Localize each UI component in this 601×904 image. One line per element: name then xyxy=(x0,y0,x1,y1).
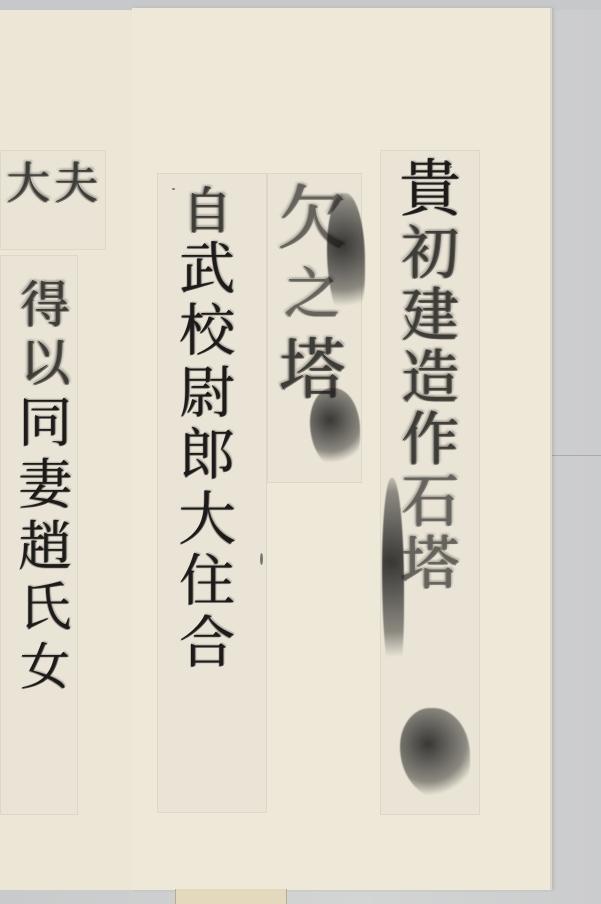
character: 建 xyxy=(401,286,459,344)
ink-speck xyxy=(260,553,263,565)
character: 妻 xyxy=(18,458,72,512)
character: 作 xyxy=(401,410,459,468)
character: 郎 xyxy=(179,428,235,484)
character: 夫 xyxy=(54,162,98,206)
binding-tab xyxy=(175,889,287,904)
photo-scene: 大 夫 得 以 同 妻 趙 氏 女 自 武 校 尉 郎 大 住 xyxy=(0,0,601,904)
character: 校 xyxy=(179,304,235,360)
character: 石 xyxy=(401,472,459,530)
column-left-top: 大 夫 xyxy=(2,162,102,206)
character: 武 xyxy=(179,242,235,298)
character: 趙 xyxy=(18,520,72,574)
character: 大 xyxy=(6,162,50,206)
character: 氏 xyxy=(19,582,71,634)
character: 初 xyxy=(401,224,459,282)
column-left: 得 以 同 妻 趙 氏 女 xyxy=(0,280,90,692)
right-page: 自 武 校 尉 郎 大 住 合 欠 之 塔 貴 初 建 造 作 石 塔 xyxy=(132,8,552,890)
character: 得 xyxy=(20,280,70,330)
character: 尉 xyxy=(179,366,235,422)
left-page: 大 夫 得 以 同 妻 趙 氏 女 xyxy=(0,10,133,890)
character: 女 xyxy=(20,642,70,692)
ink-speck xyxy=(450,166,452,168)
character: 塔 xyxy=(401,534,459,592)
background-table-edge xyxy=(552,455,601,456)
character: 同 xyxy=(18,396,72,450)
character: 造 xyxy=(401,348,459,406)
column-middle: 自 武 校 尉 郎 大 住 合 xyxy=(157,186,257,672)
character: 合 xyxy=(179,616,235,672)
character: 大 xyxy=(178,490,236,548)
ink-speck xyxy=(444,160,447,163)
character: 以 xyxy=(20,338,70,388)
character: 住 xyxy=(179,554,235,610)
character: 自 xyxy=(182,186,232,236)
ink-speck xyxy=(172,188,175,190)
